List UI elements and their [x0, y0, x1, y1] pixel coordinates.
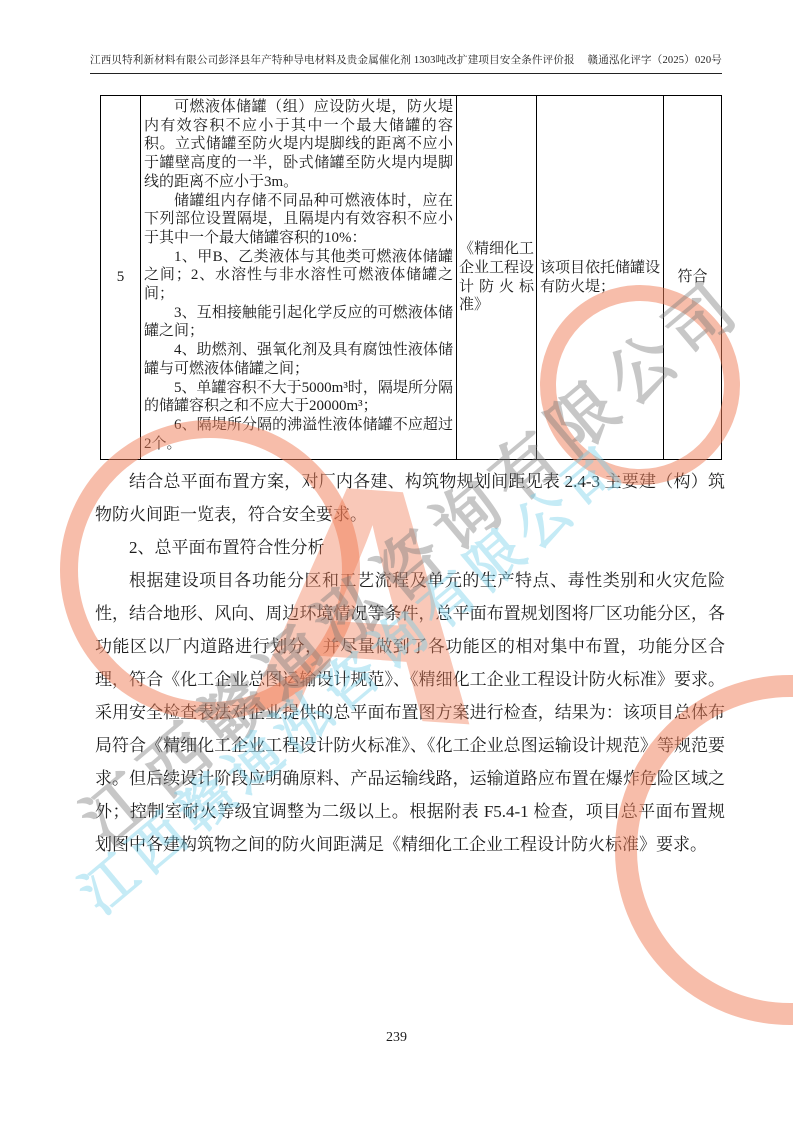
seq-number: 5 [117, 268, 125, 287]
body-paragraph-heading: 2、总平面布置符合性分析 [95, 531, 725, 564]
table-cell-conclusion: 符合 [664, 96, 721, 459]
table-cell-standard: 《精细化工企业工程设计防火标准》 [457, 96, 537, 459]
page-number: 239 [0, 1030, 793, 1046]
actual-situation: 该项目依托储罐设有防火堤； [540, 259, 660, 296]
header-report-title: 江西贝特利新材料有限公司彭泽县年产特种导电材料及贵金属催化剂 1303吨改扩建项… [90, 52, 574, 67]
body-paragraph: 根据建设项目各功能分区和工艺流程及单元的生产特点、毒性类别和火灾危险性，结合地形… [95, 564, 725, 861]
standard-name: 《精细化工企业工程设计防火标准》 [459, 240, 534, 315]
requirement-paragraph: 1、甲B、乙类液体与其他类可燃液体储罐之间；2、水溶性与非水溶性可燃液体储罐之间… [144, 248, 453, 304]
document-page: 江西贝特利新材料有限公司彭泽县年产特种导电材料及贵金属催化剂 1303吨改扩建项… [0, 0, 793, 1122]
header-doc-number: 赣通泓化评字（2025）020号 [588, 52, 722, 67]
body-text: 结合总平面布置方案，对厂内各建、构筑物规划间距见表 2.4-3 主要建（构）筑物… [95, 465, 725, 861]
conclusion-label: 符合 [677, 268, 707, 287]
requirement-paragraph: 4、助燃剂、强氧化剂及具有腐蚀性液体储罐与可燃液体储罐之间； [144, 341, 453, 378]
table-cell-requirement: 可燃液体储罐（组）应设防火堤，防火堤内有效容积不应小于其中一个最大储罐的容积。立… [141, 96, 457, 459]
table-cell-actual: 该项目依托储罐设有防火堤； [537, 96, 664, 459]
requirement-paragraph: 可燃液体储罐（组）应设防火堤，防火堤内有效容积不应小于其中一个最大储罐的容积。立… [144, 98, 453, 192]
compliance-table: 5 可燃液体储罐（组）应设防火堤，防火堤内有效容积不应小于其中一个最大储罐的容积… [100, 95, 722, 460]
body-paragraph: 结合总平面布置方案，对厂内各建、构筑物规划间距见表 2.4-3 主要建（构）筑物… [95, 465, 725, 531]
requirement-paragraph: 3、互相接触能引起化学反应的可燃液体储罐之间； [144, 304, 453, 341]
requirement-paragraph: 储罐组内存储不同品种可燃液体时，应在下列部位设置隔堤，且隔堤内有效容积不应小于其… [144, 192, 453, 248]
requirement-paragraph: 6、隔堤所分隔的沸溢性液体储罐不应超过2个。 [144, 416, 453, 453]
table-cell-seq: 5 [101, 96, 141, 459]
page-header: 江西贝特利新材料有限公司彭泽县年产特种导电材料及贵金属催化剂 1303吨改扩建项… [90, 52, 722, 74]
requirement-paragraph: 5、单罐容积不大于5000m³时，隔堤所分隔的储罐容积之和不应大于20000m³… [144, 379, 453, 416]
